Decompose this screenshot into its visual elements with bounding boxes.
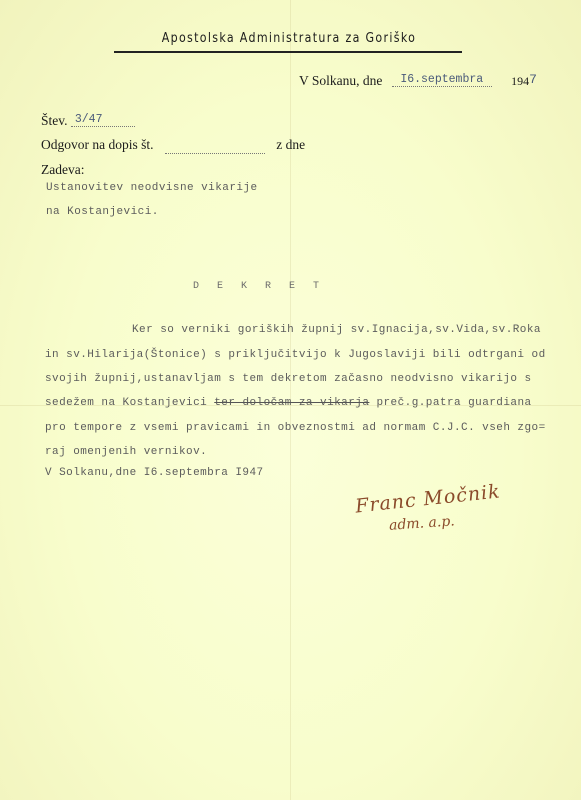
struck-text: ter določam za vikarja [214,397,369,409]
year-suffix: 7 [529,72,537,87]
reference-number-field: Štev. 3/47 [41,113,135,130]
decree-line: in sv.Hilarija(Štonice) s priključitvijo… [45,349,546,361]
reply-date-label: z dne [276,137,305,152]
decree-line-3-suffix: preč.g.patra guardiana [376,397,531,409]
decree-line-3-prefix: sedežem na Kostanjevici [45,397,207,409]
reply-label: Odgovor na dopis št. [41,137,154,152]
subject-label: Zadeva: [41,162,84,178]
letterhead-title: Apostolska Administratura za Goriško [146,30,431,46]
date-value: I6.septembra [392,73,492,87]
place-label: V Solkanu, dne [299,73,382,88]
signature: Franc Močnik adm. a.p. [355,488,501,530]
letterhead-rule [114,51,462,53]
reply-reference-field: Odgovor na dopis št. z dne [41,137,305,154]
year-prefix: 194 [511,74,529,88]
decree-line: pro tempore z vsemi pravicami in obvezno… [45,422,546,434]
date-line: V Solkanu, dne I6.septembra 1947 [299,73,537,90]
decree-line: raj omenjenih vernikov. [45,446,207,458]
subject-line: Ustanovitev neodvisne vikarije [46,182,258,194]
decree-heading: D E K R E T [193,281,325,292]
stev-value: 3/47 [71,113,135,127]
reply-value [165,137,265,154]
subject-line: na Kostanjevici. [46,206,159,218]
decree-line: svojih župnij,ustanavljam s tem dekretom… [45,373,532,385]
decree-line: Ker so verniki goriških župnij sv.Ignaci… [132,324,541,336]
decree-line: sedežem na Kostanjevici ter določam za v… [45,397,532,409]
decree-closing: V Solkanu,dne I6.septembra I947 [45,467,264,479]
stev-label: Štev. [41,113,68,128]
signature-title: adm. a.p. [389,510,502,534]
